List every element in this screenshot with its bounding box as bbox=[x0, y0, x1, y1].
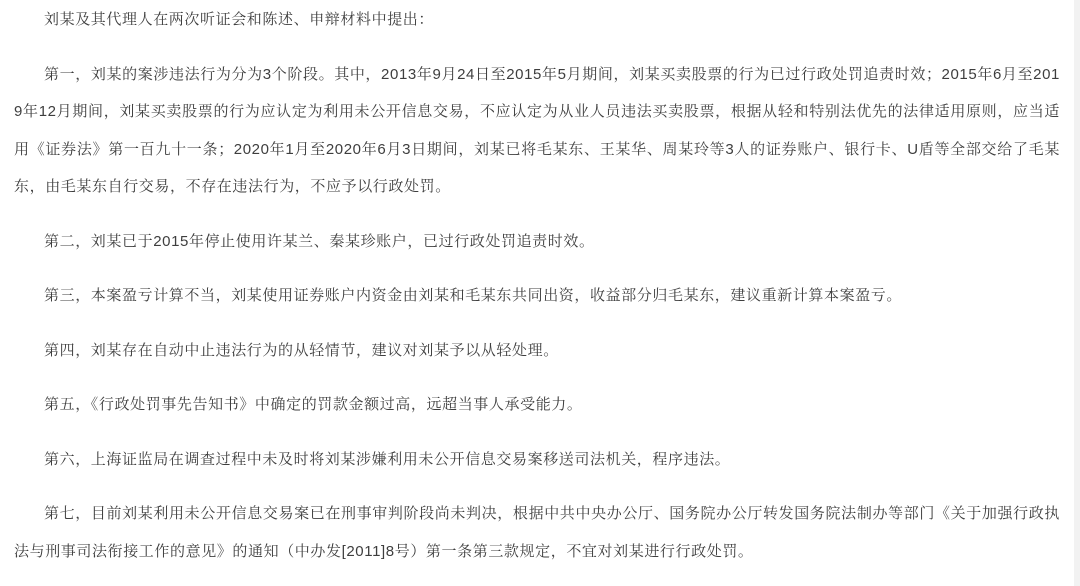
paragraph-point-7: 第七，目前刘某利用未公开信息交易案已在刑事审判阶段尚未判决，根据中共中央办公厅、… bbox=[14, 495, 1060, 570]
paragraph-intro: 刘某及其代理人在两次听证会和陈述、申辩材料中提出： bbox=[14, 1, 1060, 39]
article-page: 刘某及其代理人在两次听证会和陈述、申辩材料中提出： 第一，刘某的案涉违法行为分为… bbox=[0, 0, 1080, 586]
paragraph-point-3: 第三，本案盈亏计算不当，刘某使用证券账户内资金由刘某和毛某东共同出资，收益部分归… bbox=[14, 277, 1060, 315]
paragraph-point-4: 第四，刘某存在自动中止违法行为的从轻情节，建议对刘某予以从轻处理。 bbox=[14, 332, 1060, 370]
paragraph-point-2: 第二，刘某已于2015年停止使用许某兰、秦某珍账户，已过行政处罚追责时效。 bbox=[14, 223, 1060, 261]
article-body: 刘某及其代理人在两次听证会和陈述、申辩材料中提出： 第一，刘某的案涉违法行为分为… bbox=[0, 0, 1074, 570]
paragraph-point-6: 第六，上海证监局在调查过程中未及时将刘某涉嫌利用未公开信息交易案移送司法机关，程… bbox=[14, 441, 1060, 479]
paragraph-point-5: 第五，《行政处罚事先告知书》中确定的罚款金额过高，远超当事人承受能力。 bbox=[14, 386, 1060, 424]
paragraph-point-1: 第一，刘某的案涉违法行为分为3个阶段。其中，2013年9月24日至2015年5月… bbox=[14, 56, 1060, 206]
